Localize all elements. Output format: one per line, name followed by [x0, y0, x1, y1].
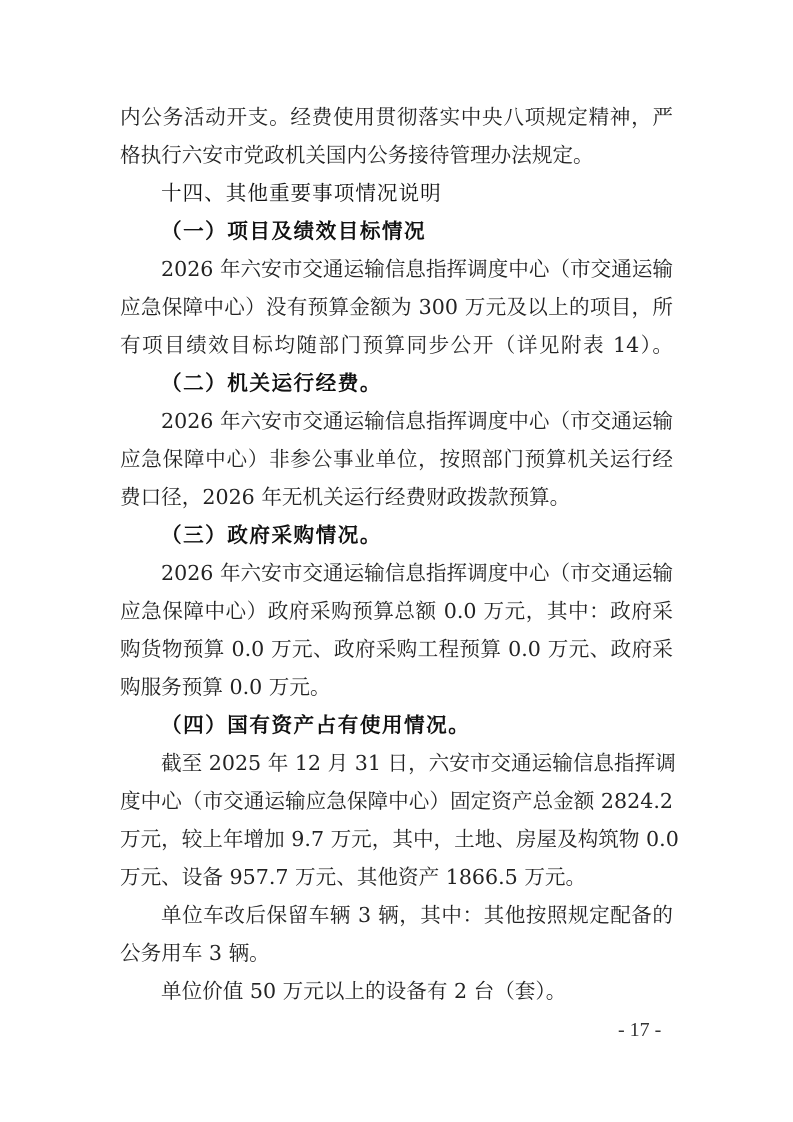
body-text-line: 购货物预算 0.0 万元、政府采购工程预算 0.0 万元、政府采 [120, 630, 673, 668]
subsection-heading-procurement: （三）政府采购情况。 [161, 516, 673, 554]
body-text-line: 应急保障中心）非参公事业单位，按照部门预算机关运行经 [120, 440, 673, 478]
body-text-line: 2026 年六安市交通运输信息指挥调度中心（市交通运输 [161, 250, 673, 288]
body-text-line: 单位价值 50 万元以上的设备有 2 台（套）。 [161, 972, 673, 1010]
subsection-heading-state-assets: （四）国有资产占有使用情况。 [161, 706, 673, 744]
subsection-heading-projects: （一）项目及绩效目标情况 [161, 212, 673, 250]
body-text-line: 费口径，2026 年无机关运行经费财政拨款预算。 [120, 478, 673, 516]
body-text-line: 2026 年六安市交通运输信息指挥调度中心（市交通运输 [161, 402, 673, 440]
body-text-line: 内公务活动开支。经费使用贯彻落实中央八项规定精神，严 [120, 98, 673, 136]
body-text-line: 公务用车 3 辆。 [120, 934, 673, 972]
page-number: - 17 - [618, 1015, 661, 1045]
body-text-line: 截至 2025 年 12 月 31 日，六安市交通运输信息指挥调 [161, 744, 673, 782]
body-text-line: 应急保障中心）没有预算金额为 300 万元及以上的项目，所 [120, 288, 673, 326]
subsection-heading-operating-expenses: （二）机关运行经费。 [161, 364, 673, 402]
body-text-line: 度中心（市交通运输应急保障中心）固定资产总金额 2824.2 [120, 782, 673, 820]
body-text-line: 单位车改后保留车辆 3 辆，其中：其他按照规定配备的 [161, 896, 673, 934]
body-text-line: 应急保障中心）政府采购预算总额 0.0 万元，其中：政府采 [120, 592, 673, 630]
body-text-line: 2026 年六安市交通运输信息指挥调度中心（市交通运输 [161, 554, 673, 592]
section-heading: 十四、其他重要事项情况说明 [161, 174, 673, 212]
body-text-line: 格执行六安市党政机关国内公务接待管理办法规定。 [120, 136, 673, 174]
body-text-line: 万元、设备 957.7 万元、其他资产 1866.5 万元。 [120, 858, 673, 896]
body-text-line: 有项目绩效目标均随部门预算同步公开（详见附表 14）。 [120, 326, 673, 364]
document-page: 内公务活动开支。经费使用贯彻落实中央八项规定精神，严 格执行六安市党政机关国内公… [0, 0, 793, 1122]
body-text-line: 购服务预算 0.0 万元。 [120, 668, 673, 706]
body-text-line: 万元，较上年增加 9.7 万元，其中，土地、房屋及构筑物 0.0 [120, 820, 673, 858]
